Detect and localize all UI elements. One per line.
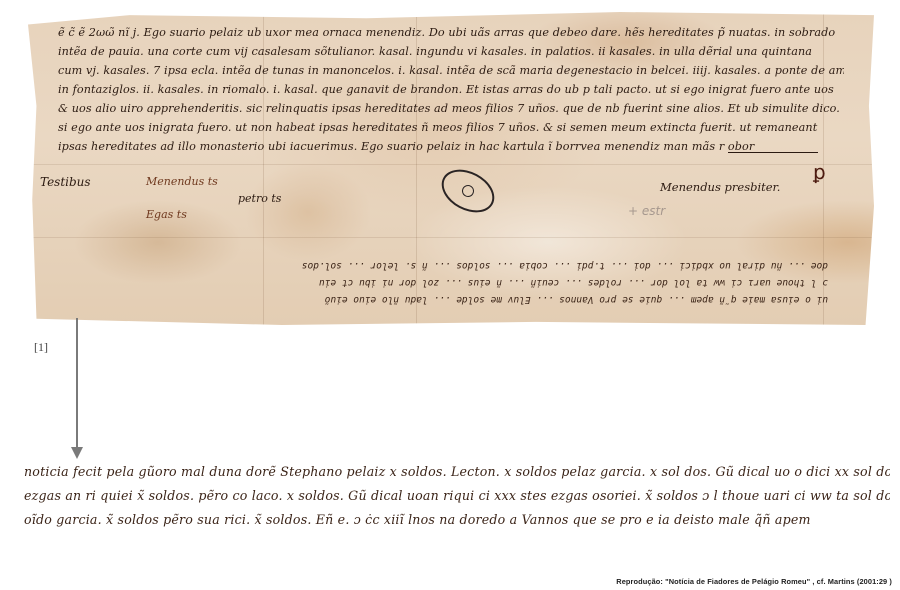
charter-line-4: in fontaziglos. ii. kasales. in riomalo.…	[58, 83, 844, 96]
transcription-line-2: ezgas an ri quiei x̃ soldos. pẽro co lac…	[24, 488, 890, 503]
witness-name: Menendus presbiter.	[660, 180, 780, 194]
pointer-arrow-line	[76, 318, 78, 453]
pencil-annotation: + estr	[628, 204, 665, 218]
signum-cross-mark: ꝑ	[813, 160, 826, 184]
charter-line-3: cum vj. kasales. 7 ipsa ecla. intẽa de t…	[58, 64, 844, 77]
charter-line-5: & uos alio uiro apprehenderitis. sic rel…	[58, 102, 844, 115]
charter-parchment: ẽ c̃ ẽ 2ωω̃ nĩ j. Ego suario pelaiz ub u…	[28, 12, 874, 325]
fold-crease	[28, 164, 874, 165]
inverted-text-block: ui o eiusa maie q̃ñ apem ... quie se pro…	[68, 248, 828, 308]
transcription-line-3: oĩdo garcia. x̃ soldos pẽro sua rici. x̃…	[24, 512, 890, 527]
charter-line-7: ipsas hereditates ad illo monasterio ubi…	[58, 140, 764, 153]
arrow-down-icon	[71, 447, 83, 459]
fold-crease	[28, 237, 874, 238]
charter-line-1: ẽ c̃ ẽ 2ωω̃ nĩ j. Ego suario pelaiz ub u…	[58, 26, 844, 39]
witness-label: Testibus	[40, 175, 91, 189]
signum-line	[728, 152, 818, 153]
inverted-line: ɔ l thoue uarı ci ww ta lol dor ... rold…	[68, 274, 828, 291]
witness-name: Egas ts	[146, 208, 187, 221]
witness-name: petro ts	[238, 192, 281, 205]
inverted-line: ui o eiusa maie q̃ñ apem ... quie se pro…	[68, 291, 828, 308]
stamp-emblem-icon	[460, 183, 476, 199]
inverted-line: doe ... ñu diral uo xbdici ... doi ... t…	[68, 257, 828, 274]
transcription-line-1: noticia fecit pela gũoro mal duna dorẽ S…	[24, 464, 890, 479]
charter-line-6: si ego ante uos inigrata fuero. ut non h…	[58, 121, 844, 134]
charter-line-2: intẽa de pauia. una corte cum vij casale…	[58, 45, 844, 58]
witness-name: Menendus ts	[146, 175, 218, 188]
reference-label: [1]	[34, 340, 48, 355]
figure-caption: Reprodução: "Notícia de Fiadores de Pelá…	[616, 577, 892, 586]
